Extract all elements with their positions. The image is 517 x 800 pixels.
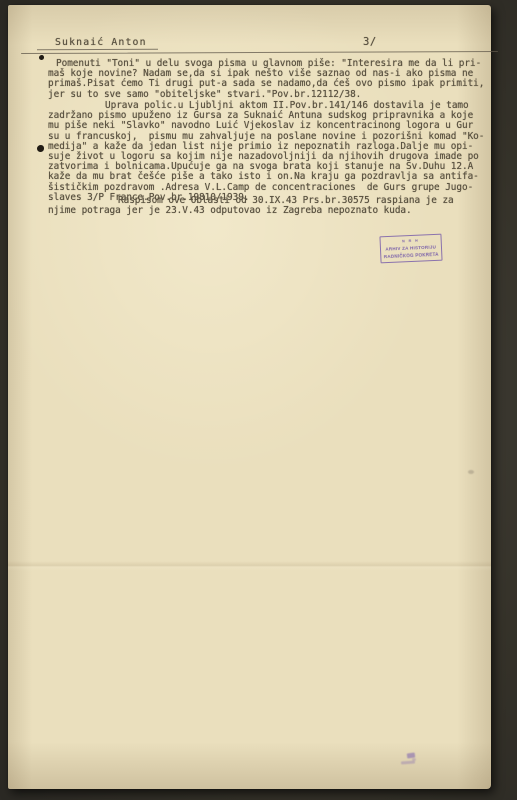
text-line: kaže da mu brat češće piše a tako isto i… [48, 172, 500, 182]
page-number: 3/ [363, 36, 377, 48]
text-line: njime potraga jer je 23.V.43 odputovao i… [48, 206, 500, 216]
stamp-text: ARHIV ZA HISTORIJU [386, 246, 437, 252]
paragraph-3: Raspisom ove Oblasti od 30.IX.43 Prs.br.… [48, 196, 500, 216]
paragraph-1: Pomenuti "Toni" u delu svoga pisma u gla… [48, 59, 500, 100]
archive-stamp: N R H ARHIV ZA HISTORIJU RADNIČKOG POKRE… [379, 234, 442, 264]
document-page: Suknaić Anton 3/ Pomenuti "Toni" u delu … [8, 5, 491, 789]
paragraph-2: Uprava polic.u Ljubljni aktom II.Pov.br.… [48, 101, 500, 203]
paper-crease [8, 561, 491, 571]
purple-ink-mark [412, 758, 416, 761]
text-line: jer su to sve samo "obiteljske" stvari."… [48, 90, 500, 100]
name-underline [37, 49, 158, 50]
header-subject-name: Suknaić Anton [55, 37, 147, 48]
purple-ink-mark [401, 761, 415, 765]
scanned-document-view: Suknaić Anton 3/ Pomenuti "Toni" u delu … [0, 0, 517, 800]
ink-dot [37, 145, 44, 152]
stamp-text: N R H [402, 239, 419, 243]
paper-smudge [468, 470, 474, 474]
header-rule [21, 51, 498, 54]
stamp-text: RADNIČKOG POKRETA [384, 253, 439, 259]
ink-dot [39, 55, 44, 60]
